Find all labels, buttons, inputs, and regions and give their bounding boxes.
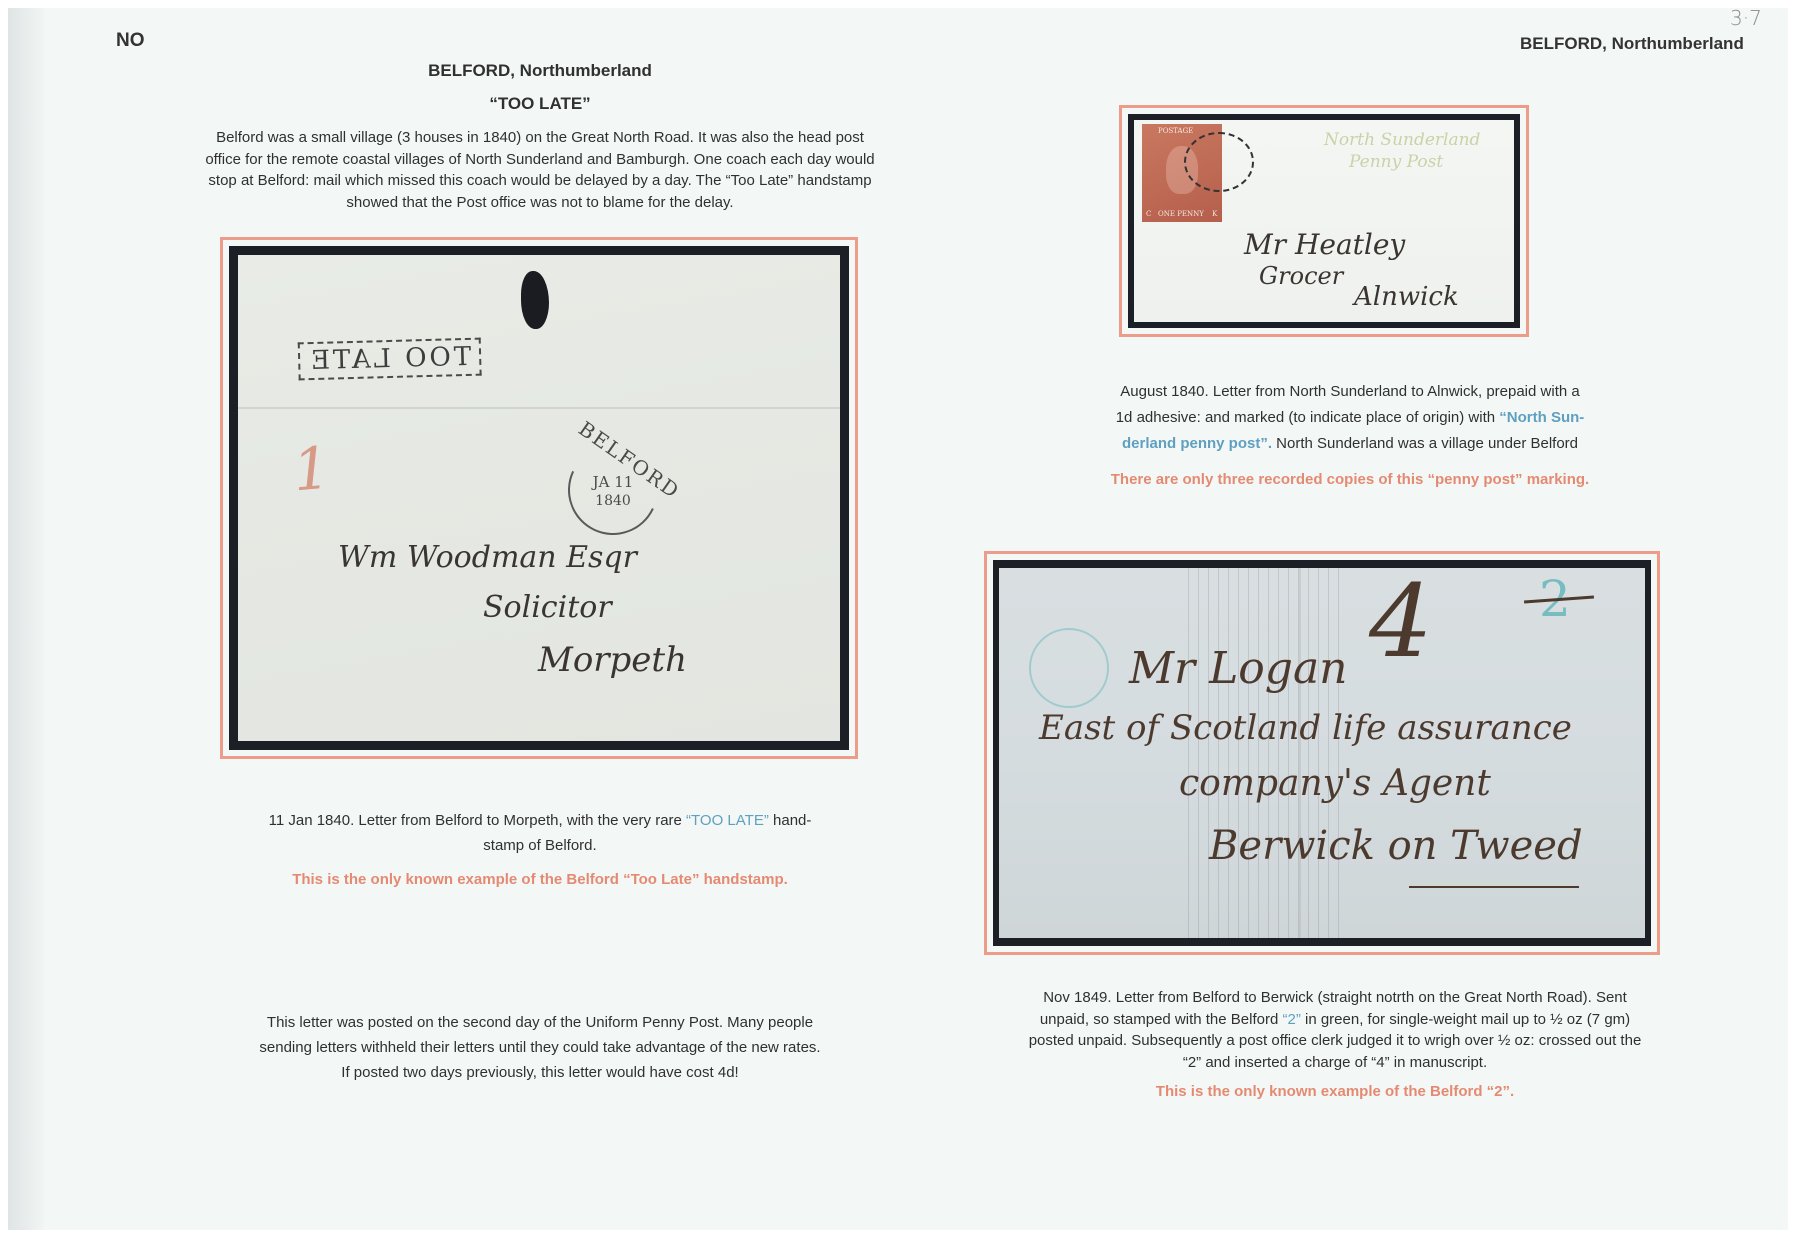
page-title: BELFORD, Northumberland [340, 60, 740, 82]
address-line: East of Scotland life assurance [1039, 708, 1572, 748]
manuscript-rate: 1 [290, 434, 333, 505]
numeral-cancel [1184, 132, 1254, 192]
manuscript-charge-4: 4 [1369, 568, 1433, 680]
belford-datestamp-year: 1840 [583, 493, 643, 509]
intro-line: office for the remote coastal villages o… [150, 149, 930, 171]
scan-edge [8, 8, 46, 1230]
penny-post-marking-line1: North Sunderland [1324, 130, 1480, 150]
address-line: Morpeth [538, 640, 687, 680]
cover-too-late-frame: TOO LATE BELFORD JA 11 1840 1 Wm Woodman… [220, 237, 858, 759]
cover-too-late-note: This is the only known example of the Be… [200, 869, 880, 891]
cover-penny-post-note: There are only three recorded copies of … [1060, 469, 1640, 491]
fold-line [1299, 568, 1301, 938]
too-late-handstamp: TOO LATE [298, 338, 482, 381]
cover-mount-black: 2 4 Mr Logan East of Scotland life assur… [993, 560, 1651, 946]
address-line: company's Agent [1179, 763, 1491, 804]
underline-stroke [1409, 886, 1579, 888]
cover-belford-2-note: This is the only known example of the Be… [975, 1081, 1695, 1103]
address-line: Grocer [1259, 262, 1343, 290]
reverse-printing [1179, 568, 1339, 938]
highlight-belford-2: “2” [1282, 1011, 1300, 1028]
penny-post-explanation: This letter was posted on the second day… [190, 1010, 890, 1085]
page-number: 3·7 [1730, 6, 1762, 30]
cover-penny-post-caption: August 1840. Letter from North Sunderlan… [1060, 379, 1640, 457]
address-line: Solicitor [483, 590, 612, 625]
intro-line: showed that the Post office was not to b… [150, 192, 930, 214]
intro-paragraph: Belford was a small village (3 houses in… [150, 127, 930, 213]
fold-line [238, 407, 840, 409]
address-line: Alnwick [1354, 282, 1459, 312]
wax-seal-remnant [521, 271, 549, 329]
address-line: Berwick on Tweed [1209, 823, 1583, 869]
cover-belford-2-frame: 2 4 Mr Logan East of Scotland life assur… [984, 551, 1660, 955]
cover-too-late-caption: 11 Jan 1840. Letter from Belford to Morp… [200, 810, 880, 856]
belford-datestamp-green [1029, 628, 1109, 708]
intro-line: stop at Belford: mail which missed this … [150, 170, 930, 192]
address-line: Wm Woodman Esqr [338, 540, 637, 575]
highlight-penny-post: “North Sun- [1499, 409, 1584, 426]
intro-line: Belford was a small village (3 houses in… [150, 127, 930, 149]
cover-belford-2-caption: Nov 1849. Letter from Belford to Berwick… [975, 987, 1695, 1073]
cover-belford-2: 2 4 Mr Logan East of Scotland life assur… [999, 568, 1645, 938]
header-right: BELFORD, Northumberland [1520, 34, 1744, 54]
penny-post-marking-line2: Penny Post [1349, 152, 1443, 172]
cover-penny-post-frame: POSTAGE C ONE PENNY K North Sunderland P… [1119, 105, 1529, 337]
cover-too-late: TOO LATE BELFORD JA 11 1840 1 Wm Woodman… [238, 255, 840, 741]
address-line: Mr Logan [1129, 643, 1348, 694]
address-line: Mr Heatley [1244, 228, 1405, 261]
cover-penny-post: POSTAGE C ONE PENNY K North Sunderland P… [1134, 120, 1514, 322]
corner-label: NO [116, 30, 145, 52]
cover-mount-black: TOO LATE BELFORD JA 11 1840 1 Wm Woodman… [229, 246, 849, 750]
belford-datestamp-date: JA 11 [583, 473, 643, 491]
highlight-too-late: “TOO LATE” [686, 812, 769, 829]
page-subtitle: “TOO LATE” [340, 93, 740, 115]
cover-mount-black: POSTAGE C ONE PENNY K North Sunderland P… [1128, 114, 1520, 328]
